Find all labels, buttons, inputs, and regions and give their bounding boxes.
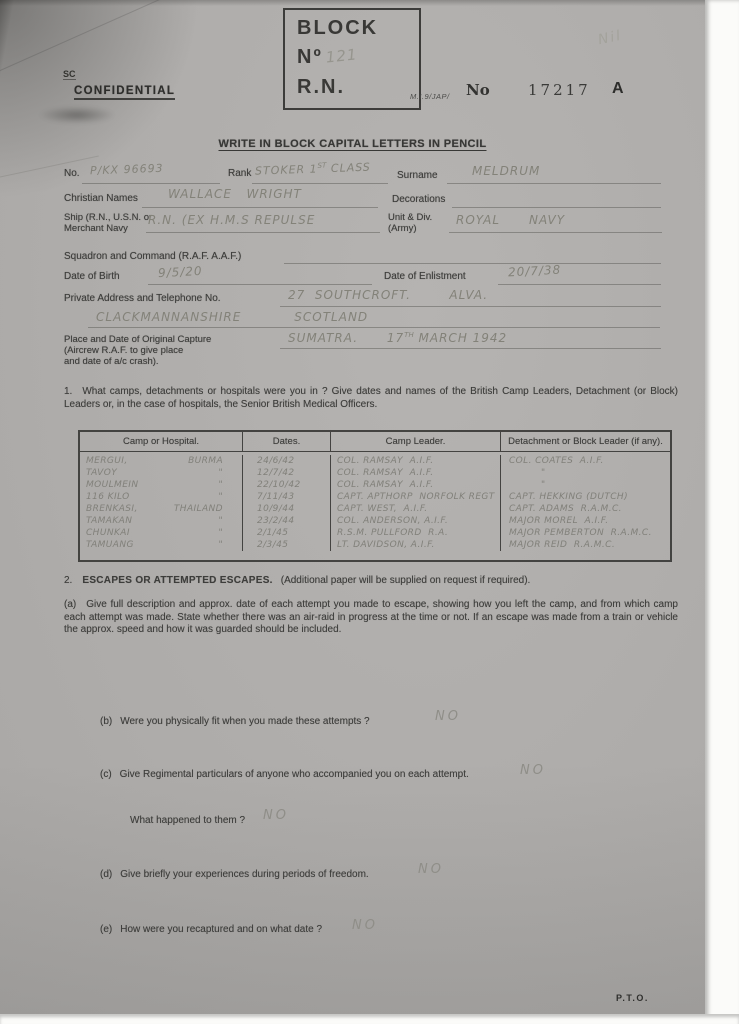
serial-no-label: No: [466, 81, 490, 99]
field-label-date-of-birth: Date of Birth: [64, 271, 120, 282]
leader-cell: R.S.M. PULLFORD R.A.: [331, 527, 501, 539]
leader-cell: COL. RAMSAY A.I.F.: [331, 467, 501, 479]
field-rule: [280, 306, 661, 307]
leader-cell: LT. DAVIDSON, A.I.F.: [331, 539, 501, 551]
question-2-number: 2.: [64, 575, 72, 586]
field-value-no: P/KX 96693: [90, 162, 164, 178]
camp-cell: MERGUI,BURMA: [80, 455, 243, 467]
field-label-capture-line1: Place and Date of Original Capture: [64, 334, 211, 345]
question-1-number: 1.: [64, 386, 72, 397]
field-rule: [452, 207, 661, 208]
field-value-date-of-birth: 9/5/20: [158, 264, 203, 280]
header-camp-or-hospital: Camp or Hospital.: [80, 432, 243, 451]
question-1: 1.What camps, detachments or hospitals w…: [64, 386, 678, 411]
field-label-capture-line3: and date of a/c crash).: [64, 356, 159, 367]
field-rule: [82, 183, 220, 184]
table-row: BRENKASI,THAILAND 10/9/44 CAPT. WEST, A.…: [80, 503, 670, 515]
block-number-stamp: BLOCK Nº121 R.N.: [283, 8, 421, 110]
question-2b: (b)Were you physically fit when you made…: [100, 716, 370, 727]
answer-2b: NO: [435, 709, 461, 724]
date-cell: 7/11/43: [243, 491, 331, 503]
block-cell: ": [501, 479, 670, 491]
leader-cell: COL. RAMSAY A.I.F.: [331, 455, 501, 467]
field-label-address: Private Address and Telephone No.: [64, 293, 221, 304]
serial-number: 17217: [528, 81, 591, 99]
leader-cell: COL. ANDERSON, A.I.F.: [331, 515, 501, 527]
block-cell: MAJOR REID R.A.M.C.: [501, 539, 670, 551]
scanner-margin-bottom: [0, 1014, 739, 1024]
field-rule: [498, 284, 661, 285]
field-rule: [88, 327, 660, 328]
header-dates: Dates.: [243, 432, 331, 451]
question-2e-label: (e): [100, 924, 112, 935]
table-row: TAVOY" 12/7/42 COL. RAMSAY A.I.F. ": [80, 467, 670, 479]
field-label-ship: Ship (R.N., U.S.N. or Merchant Navy: [64, 212, 156, 234]
camp-cell: TAMUANG": [80, 539, 243, 551]
field-label-rank: Rank: [228, 168, 251, 179]
form-reference: M.I.9/JAP/: [410, 92, 450, 101]
question-2-heading: ESCAPES OR ATTEMPTED ESCAPES.: [82, 575, 272, 586]
block-cell: COL. COATES A.I.F.: [501, 455, 670, 467]
corner-mark: SC: [63, 69, 76, 80]
field-label-capture-line2: (Aircrew R.A.F. to give place: [64, 345, 183, 356]
question-2e-text: How were you recaptured and on what date…: [120, 924, 322, 935]
field-label-no: No.: [64, 168, 80, 179]
paper-crease: [0, 156, 99, 182]
field-label-date-of-enlistment: Date of Enlistment: [384, 271, 466, 282]
leader-cell: COL. RAMSAY A.I.F.: [331, 479, 501, 491]
block-cell: MAJOR MOREL A.I.F.: [501, 515, 670, 527]
question-2d-label: (d): [100, 869, 112, 880]
page-turn-over-mark: P.T.O.: [616, 993, 649, 1003]
question-2d: (d)Give briefly your experiences during …: [100, 869, 369, 880]
camp-table-header: Camp or Hospital. Dates. Camp Leader. De…: [80, 432, 670, 452]
question-2c-followup-text: What happened to them ?: [130, 815, 245, 826]
table-row: 116 KILO" 7/11/43 CAPT. APTHORP NORFOLK …: [80, 491, 670, 503]
block-cell: ": [501, 467, 670, 479]
answer-2d: NO: [418, 862, 444, 877]
scanner-margin-right: [705, 0, 739, 1024]
field-value-unit-div: ROYAL NAVY: [456, 213, 565, 227]
field-rule: [146, 232, 380, 233]
field-value-address-line1: 27 SOUTHCROFT. ALVA.: [288, 288, 488, 302]
question-2a: (a)Give full description and approx. dat…: [64, 599, 678, 637]
field-label-squadron: Squadron and Command (R.A.F. A.A.F.): [64, 251, 241, 262]
answer-2c-followup: NO: [263, 808, 289, 823]
field-rule: [142, 207, 378, 208]
camp-table: Camp or Hospital. Dates. Camp Leader. De…: [78, 430, 672, 562]
table-row: CHUNKAI" 2/1/45 R.S.M. PULLFORD R.A. MAJ…: [80, 527, 670, 539]
paper-smudge: [38, 106, 116, 124]
block-cell: CAPT. ADAMS R.A.M.C.: [501, 503, 670, 515]
stamp-no-line: Nº121: [297, 43, 419, 73]
camp-cell: TAMAKAN": [80, 515, 243, 527]
serial-series-letter: A: [612, 80, 624, 98]
camp-table-body: MERGUI,BURMA 24/6/42 COL. RAMSAY A.I.F. …: [80, 452, 670, 560]
date-cell: 24/6/42: [243, 455, 331, 467]
stamp-rn-label: R.N.: [297, 73, 419, 102]
header-block-leader: Detachment or Block Leader (if any).: [501, 432, 670, 451]
question-2-note: (Additional paper will be supplied on re…: [281, 575, 531, 586]
question-2e: (e)How were you recaptured and on what d…: [100, 924, 322, 935]
answer-2c: NO: [520, 763, 546, 778]
stamp-no-label: Nº: [297, 46, 323, 68]
field-label-unit-div: Unit & Div. (Army): [388, 212, 446, 234]
field-rule: [252, 183, 388, 184]
camp-cell: CHUNKAI": [80, 527, 243, 539]
date-cell: 10/9/44: [243, 503, 331, 515]
form-heading: WRITE IN BLOCK CAPITAL LETTERS IN PENCIL: [0, 138, 705, 150]
field-label-christian-names: Christian Names: [64, 193, 138, 204]
block-cell: CAPT. HEKKING (DUTCH): [501, 491, 670, 503]
table-row: TAMUANG" 2/3/45 LT. DAVIDSON, A.I.F. MAJ…: [80, 539, 670, 551]
date-cell: 2/1/45: [243, 527, 331, 539]
field-value-address-line2: CLACKMANNANSHIRE SCOTLAND: [96, 310, 368, 324]
camp-cell: BRENKASI,THAILAND: [80, 503, 243, 515]
leader-cell: CAPT. APTHORP NORFOLK REGT: [331, 491, 501, 503]
question-2c: (c)Give Regimental particulars of anyone…: [100, 769, 469, 780]
date-cell: 2/3/45: [243, 539, 331, 551]
field-label-surname: Surname: [397, 170, 438, 181]
date-cell: 12/7/42: [243, 467, 331, 479]
stamp-block-label: BLOCK: [297, 14, 419, 43]
leader-cell: CAPT. WEST, A.I.F.: [331, 503, 501, 515]
question-2c-followup: What happened to them ?: [130, 815, 245, 826]
stamp-no-value: 121: [324, 40, 358, 72]
question-2b-text: Were you physically fit when you made th…: [120, 716, 369, 727]
question-2c-label: (c): [100, 769, 112, 780]
table-row: TAMAKAN" 23/2/44 COL. ANDERSON, A.I.F. M…: [80, 515, 670, 527]
field-value-rank: STOKER 1ST CLASS: [255, 160, 371, 178]
date-cell: 22/10/42: [243, 479, 331, 491]
camp-cell: MOULMEIN": [80, 479, 243, 491]
header-camp-leader: Camp Leader.: [331, 432, 501, 451]
field-rule: [449, 232, 662, 233]
field-rule: [280, 348, 661, 349]
question-1-text: What camps, detachments or hospitals wer…: [64, 386, 678, 410]
pencil-note-nil: Nil: [597, 28, 624, 49]
question-2b-label: (b): [100, 716, 112, 727]
field-value-christian-names: WALLACE WRIGHT: [168, 187, 302, 201]
field-label-decorations: Decorations: [392, 194, 445, 205]
field-rule: [447, 183, 661, 184]
field-value-ship: R.N. (EX H.M.S REPULSE: [148, 213, 315, 227]
paper-crease: [0, 0, 200, 80]
camp-cell: 116 KILO": [80, 491, 243, 503]
field-rule: [148, 284, 372, 285]
field-value-surname: MELDRUM: [472, 164, 540, 178]
paper: SC CONFIDENTIAL BLOCK Nº121 R.N. M.I.9/J…: [0, 0, 705, 1014]
camp-cell: TAVOY": [80, 467, 243, 479]
table-row: MERGUI,BURMA 24/6/42 COL. RAMSAY A.I.F. …: [80, 455, 670, 467]
question-2c-text: Give Regimental particulars of anyone wh…: [120, 769, 469, 780]
date-cell: 23/2/44: [243, 515, 331, 527]
answer-2e: NO: [352, 918, 378, 933]
field-value-date-of-enlistment: 20/7/38: [508, 263, 562, 280]
scanned-page: SC CONFIDENTIAL BLOCK Nº121 R.N. M.I.9/J…: [0, 0, 739, 1024]
question-2d-text: Give briefly your experiences during per…: [120, 869, 368, 880]
question-2a-label: (a): [64, 599, 76, 610]
question-2a-text: Give full description and approx. date o…: [64, 599, 678, 635]
field-rule: [284, 263, 661, 264]
confidential-stamp: CONFIDENTIAL: [74, 85, 175, 100]
table-row: MOULMEIN" 22/10/42 COL. RAMSAY A.I.F. ": [80, 479, 670, 491]
block-cell: MAJOR PEMBERTON R.A.M.C.: [501, 527, 670, 539]
field-value-capture: SUMATRA. 17TH MARCH 1942: [288, 331, 507, 345]
question-2-title: 2.ESCAPES OR ATTEMPTED ESCAPES.(Addition…: [64, 575, 530, 586]
